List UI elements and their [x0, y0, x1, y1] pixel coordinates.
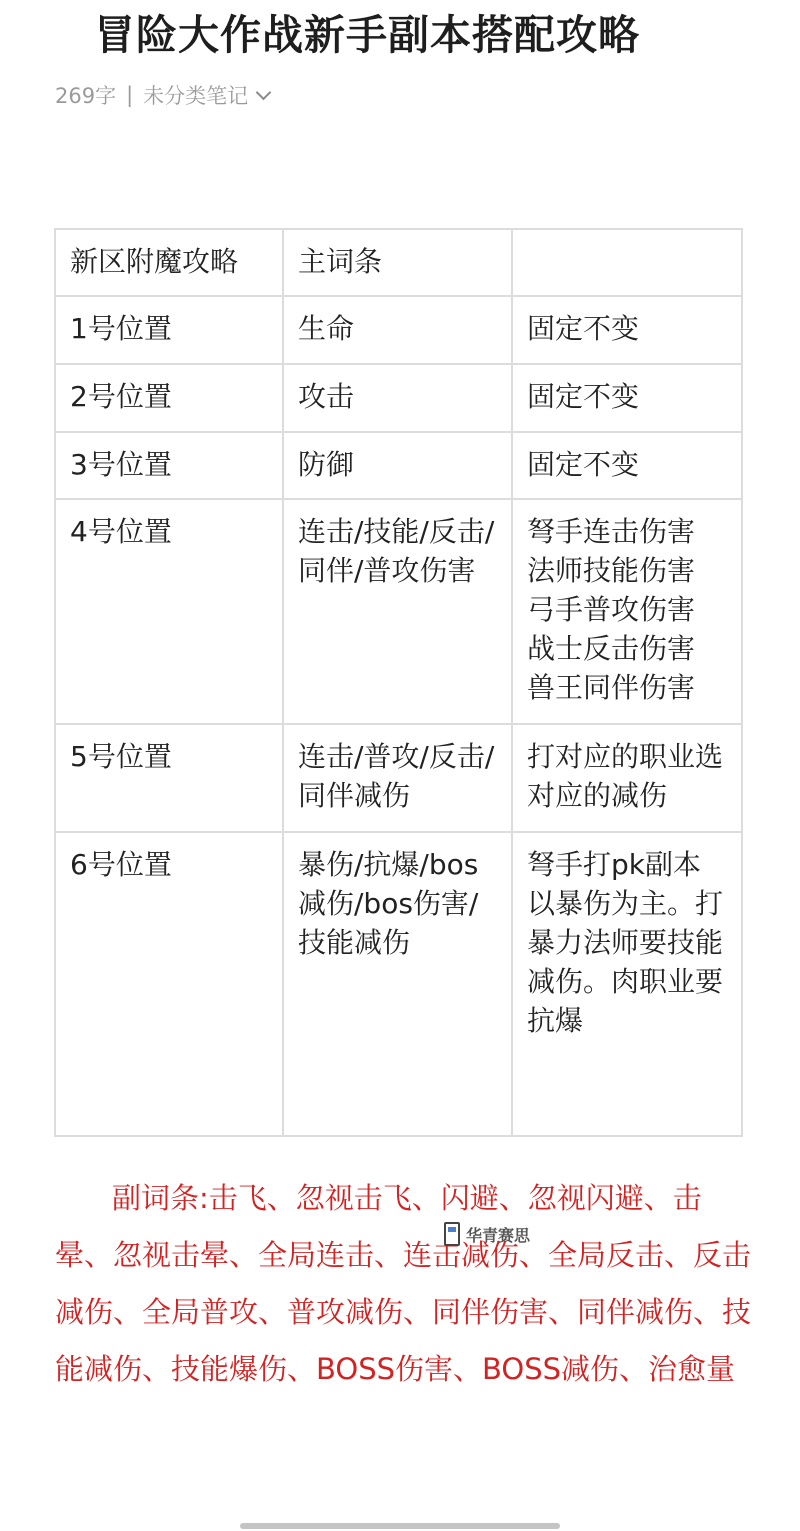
table-row: 3号位置 防御 固定不变	[55, 432, 742, 499]
word-count: 269字	[55, 80, 116, 110]
header-cell	[512, 229, 742, 296]
main-stat-cell: 连击/技能/反击/同伴/普攻伤害	[283, 499, 512, 724]
table-row: 1号位置 生命 固定不变	[55, 296, 742, 364]
position-cell: 4号位置	[55, 499, 283, 724]
category-label: 未分类笔记	[143, 80, 248, 110]
table-row: 6号位置 暴伤/抗爆/bos减伤/bos伤害/技能减伤 弩手打pk副本以暴伤为主…	[55, 832, 742, 1136]
note-cell: 固定不变	[512, 364, 742, 432]
main-stat-cell: 暴伤/抗爆/bos减伤/bos伤害/技能减伤	[283, 832, 512, 1136]
main-stat-cell: 连击/普攻/反击/同伴减伤	[283, 724, 512, 832]
gameboy-icon	[444, 1222, 460, 1246]
chevron-down-icon	[256, 84, 272, 100]
watermark: 华青赛思	[444, 1222, 530, 1246]
position-cell: 1号位置	[55, 296, 283, 364]
position-cell: 6号位置	[55, 832, 283, 1136]
home-indicator[interactable]	[240, 1523, 560, 1529]
note-cell: 固定不变	[512, 432, 742, 499]
position-cell: 3号位置	[55, 432, 283, 499]
table-row: 5号位置 连击/普攻/反击/同伴减伤 打对应的职业选对应的减伤	[55, 724, 742, 832]
watermark-label: 华青赛思	[466, 1223, 530, 1246]
table-row: 4号位置 连击/技能/反击/同伴/普攻伤害 弩手连击伤害 法师技能伤害 弓手普攻…	[55, 499, 742, 724]
sub-stats-paragraph: 副词条:击飞、忽视击飞、闪避、忽视闪避、击晕、忽视击晕、全局连击、连击减伤、全局…	[55, 1170, 755, 1398]
main-stat-cell: 防御	[283, 432, 512, 499]
note-cell: 弩手连击伤害 法师技能伤害 弓手普攻伤害 战士反击伤害 兽王同伴伤害	[512, 499, 742, 724]
enchant-table: 新区附魔攻略 主词条 1号位置 生命 固定不变 2号位置 攻击 固定不变 3号位…	[54, 228, 743, 1137]
meta-separator: |	[126, 83, 133, 107]
main-stat-cell: 攻击	[283, 364, 512, 432]
position-cell: 5号位置	[55, 724, 283, 832]
note-cell: 打对应的职业选对应的减伤	[512, 724, 742, 832]
category-dropdown[interactable]: 未分类笔记	[143, 80, 269, 110]
note-cell: 固定不变	[512, 296, 742, 364]
main-stat-cell: 生命	[283, 296, 512, 364]
header-cell: 新区附魔攻略	[55, 229, 283, 296]
table-row: 2号位置 攻击 固定不变	[55, 364, 742, 432]
note-cell: 弩手打pk副本以暴伤为主。打暴力法师要技能减伤。肉职业要抗爆	[512, 832, 742, 1136]
table-header-row: 新区附魔攻略 主词条	[55, 229, 742, 296]
header-cell: 主词条	[283, 229, 512, 296]
note-meta: 269字 | 未分类笔记	[55, 80, 269, 110]
note-title: 冒险大作战新手副本搭配攻略	[94, 2, 640, 61]
position-cell: 2号位置	[55, 364, 283, 432]
